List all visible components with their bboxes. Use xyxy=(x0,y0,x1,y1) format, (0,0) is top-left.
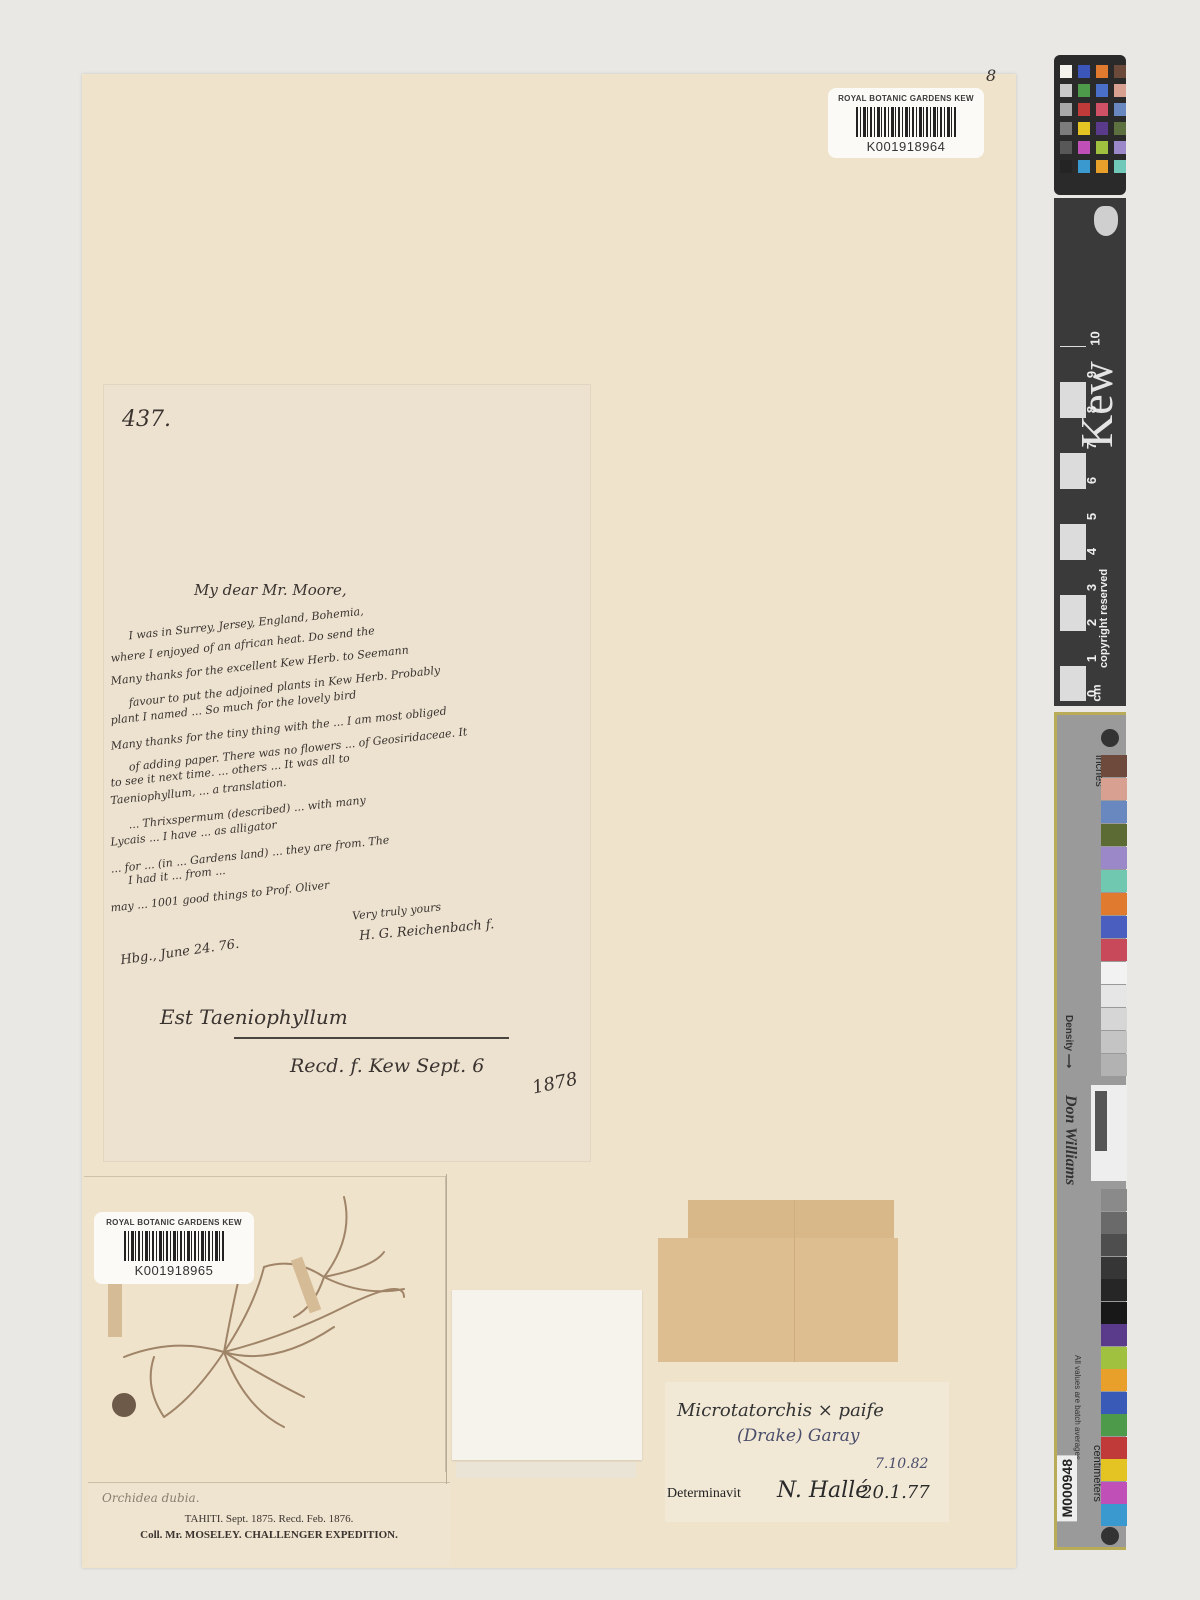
barcode-label-specimen: ROYAL BOTANIC GARDENS KEW K001918965 xyxy=(94,1212,254,1284)
colour-swatch xyxy=(1114,65,1126,78)
corner-mark: 8 xyxy=(986,66,996,85)
colour-swatch xyxy=(1078,84,1090,97)
density-patch xyxy=(1101,893,1127,915)
annotation-taeniophyllum: Est Taeniophyllum xyxy=(160,1005,348,1029)
scale-number: 4 xyxy=(1084,548,1099,555)
scale-number: 7 xyxy=(1084,441,1099,448)
collection-collector: Coll. Mr. MOSELEY. CHALLENGER EXPEDITION… xyxy=(88,1529,450,1541)
density-patch xyxy=(1101,1504,1127,1526)
colour-swatch xyxy=(1078,65,1090,78)
ruler-hole-bottom xyxy=(1101,1527,1119,1545)
barcode-number: K001918965 xyxy=(135,1263,214,1278)
colour-swatch xyxy=(1078,103,1090,116)
cm-unit: cm xyxy=(1090,684,1104,701)
scale-ticks xyxy=(1060,346,1086,701)
colour-swatch xyxy=(1078,160,1090,173)
ruler-note: All values are batch averages xyxy=(1073,1355,1082,1460)
collection-locality: TAHITI. Sept. 1875. Recd. Feb. 1876. xyxy=(88,1513,450,1525)
density-patch xyxy=(1101,1031,1127,1053)
density-patch xyxy=(1101,1414,1127,1436)
redetermination-date: 7.10.82 xyxy=(875,1456,928,1472)
scale-number: 3 xyxy=(1084,583,1099,590)
density-ruler: inches Density ⟶ Don Williams All values… xyxy=(1054,712,1126,1550)
letter-salutation: My dear Mr. Moore, xyxy=(194,581,347,599)
density-patch xyxy=(1101,1392,1127,1414)
barcode-label-sheet: ROYAL BOTANIC GARDENS KEW K001918964 xyxy=(828,88,984,158)
density-patch xyxy=(1101,1459,1127,1481)
packet-back xyxy=(688,1200,894,1240)
colour-target-card xyxy=(1054,55,1126,195)
letter-signature: H. G. Reichenbach f. xyxy=(359,917,495,944)
scale-segment xyxy=(1060,630,1086,666)
scale-segment xyxy=(1060,488,1086,524)
royal-crest-icon xyxy=(1094,206,1118,236)
institution-name: ROYAL BOTANIC GARDENS KEW xyxy=(838,94,974,103)
colour-swatch xyxy=(1060,122,1072,135)
colour-swatch xyxy=(1078,122,1090,135)
scale-segment xyxy=(1060,382,1086,418)
collection-handwritten-name: Orchidea dubia. xyxy=(102,1491,200,1505)
scale-segment xyxy=(1060,595,1086,631)
colour-swatch xyxy=(1114,160,1126,173)
density-patch xyxy=(1101,755,1127,777)
blank-card xyxy=(452,1290,642,1460)
colour-swatch xyxy=(1096,84,1108,97)
letter-number: 437. xyxy=(122,407,171,432)
colour-swatch xyxy=(1096,160,1108,173)
density-patch xyxy=(1101,1347,1127,1369)
scale-segment xyxy=(1060,559,1086,595)
barcode-number: K001918964 xyxy=(867,139,946,154)
glassine-envelope xyxy=(456,1462,636,1478)
colour-swatch xyxy=(1114,84,1126,97)
annotation-year: 1878 xyxy=(530,1068,579,1098)
scale-number: 2 xyxy=(1084,619,1099,626)
ruler-brand: Don Williams xyxy=(1061,1095,1079,1185)
scale-number: 10 xyxy=(1088,331,1103,345)
scale-segment xyxy=(1060,666,1086,702)
letter-closing: Very truly yours xyxy=(352,900,442,922)
density-patch xyxy=(1101,1482,1127,1504)
annotation-underline xyxy=(234,1037,509,1039)
scale-number: 1 xyxy=(1084,654,1099,661)
density-patch xyxy=(1101,1437,1127,1459)
density-patch xyxy=(1101,847,1127,869)
scale-segment xyxy=(1060,346,1086,382)
density-patch xyxy=(1101,1369,1127,1391)
scale-number: 6 xyxy=(1084,477,1099,484)
density-patch xyxy=(1101,1279,1127,1301)
colour-swatch xyxy=(1060,141,1072,154)
determination-date: 20.1.77 xyxy=(861,1482,930,1503)
colour-swatch xyxy=(1096,65,1108,78)
determinavit-label: Determinavit xyxy=(667,1486,741,1502)
collection-label: Orchidea dubia. TAHITI. Sept. 1875. Recd… xyxy=(88,1482,450,1566)
taxon-name: Microtatorchis × paife xyxy=(677,1400,884,1421)
colour-swatch xyxy=(1114,103,1126,116)
institution-name: ROYAL BOTANIC GARDENS KEW xyxy=(106,1218,242,1227)
scale-segment xyxy=(1060,524,1086,560)
density-label: Density ⟶ xyxy=(1063,1015,1074,1068)
density-patch xyxy=(1101,778,1127,800)
colour-swatch xyxy=(1060,84,1072,97)
barcode-icon xyxy=(124,1231,224,1261)
scale-number: 5 xyxy=(1084,512,1099,519)
colour-swatch xyxy=(1114,122,1126,135)
density-patch xyxy=(1101,1008,1127,1030)
density-patch xyxy=(1101,824,1127,846)
colour-swatch xyxy=(1096,141,1108,154)
density-patch xyxy=(1101,939,1127,961)
colour-swatch xyxy=(1060,160,1072,173)
gauge-wedge xyxy=(1095,1091,1107,1151)
density-patch xyxy=(1101,985,1127,1007)
resolution-gauge xyxy=(1091,1085,1127,1181)
determiner-name: N. Hallé xyxy=(777,1478,868,1503)
density-patch xyxy=(1101,916,1127,938)
density-patch xyxy=(1101,1324,1127,1346)
scale-segment xyxy=(1060,453,1086,489)
scale-number: 8 xyxy=(1084,406,1099,413)
density-patch xyxy=(1101,870,1127,892)
fragment-packet xyxy=(658,1200,898,1362)
divider-line xyxy=(446,1174,447,1484)
taxon-authority: (Drake) Garay xyxy=(737,1426,860,1446)
density-patch xyxy=(1101,962,1127,984)
barcode-icon xyxy=(856,107,956,137)
scale-segment xyxy=(1060,417,1086,453)
kew-scale-bar: Kew 012345678910 copyright reserved cm xyxy=(1054,198,1126,706)
density-patch xyxy=(1101,1234,1127,1256)
density-patch xyxy=(1101,1189,1127,1211)
ruler-hole-top xyxy=(1101,729,1119,747)
colour-swatch xyxy=(1060,103,1072,116)
packet-fold xyxy=(794,1200,795,1362)
colour-swatch xyxy=(1096,122,1108,135)
annotation-received: Recd. f. Kew Sept. 6 xyxy=(290,1055,484,1077)
determination-slip: Microtatorchis × paife (Drake) Garay 7.1… xyxy=(665,1382,949,1522)
copyright-text: copyright reserved xyxy=(1098,569,1110,668)
colour-swatch xyxy=(1078,141,1090,154)
colour-swatch xyxy=(1060,65,1072,78)
scale-number: 9 xyxy=(1084,370,1099,377)
density-patch xyxy=(1101,801,1127,823)
ruler-serial: M000948 xyxy=(1057,1455,1077,1521)
density-patch xyxy=(1101,1212,1127,1234)
density-patch xyxy=(1101,1257,1127,1279)
letter-place-date: Hbg., June 24. 76. xyxy=(120,937,241,969)
letter: 437. My dear Mr. Moore, I was in Surrey,… xyxy=(103,384,591,1162)
density-patch xyxy=(1101,1302,1127,1324)
density-patch xyxy=(1101,1054,1127,1076)
packet-front xyxy=(658,1238,898,1362)
colour-swatch xyxy=(1114,141,1126,154)
colour-swatch xyxy=(1096,103,1108,116)
